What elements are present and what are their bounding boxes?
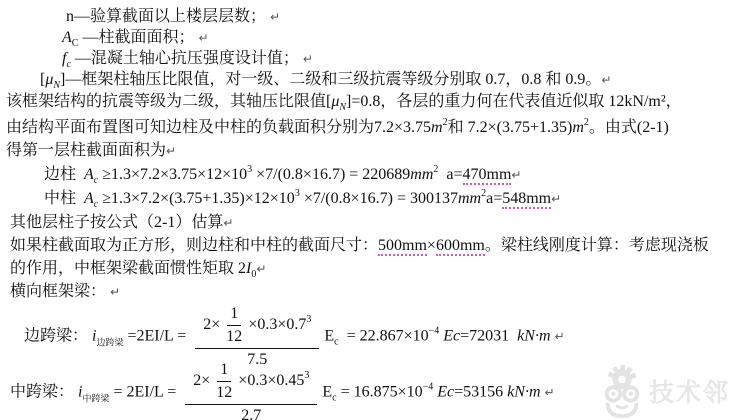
text-run: mm [458,190,481,207]
text-run [76,166,84,183]
text-run: 中柱 [44,190,76,207]
line-n-definition: n—验算截面以上楼层层数； ↵ [66,7,280,27]
fraction-denominator: 12 [223,326,245,347]
paragraph-mark: ↵ [551,192,561,206]
text-run: A [84,190,94,207]
text-run: —框架柱轴压比限值，对一级、二级和三级抗震等级分别取 0.7，0.8 和 0.9… [65,71,601,88]
text-run: 3 [304,370,309,381]
fraction-numerator: 2×112×0.3×0.73 [195,304,319,349]
text-run: 600mm [436,237,485,256]
line-Ac-definition: AC —柱截面面积； ↵ [62,28,209,51]
text-run: 12 [226,328,242,345]
paragraph-mark: ↵ [223,216,233,230]
text-run: Ec [443,328,460,345]
text-run: 7.2×(3.75+1.35) [468,119,573,136]
text-run [509,328,517,345]
text-run: —柱截面面积； [82,29,198,46]
gear-robot-face-icon [600,364,644,418]
paragraph-mark: ↵ [270,10,280,24]
text-run: mm [410,166,433,183]
paragraph-mark: ↵ [110,285,120,299]
text-run: ≥1.3×7.2×(3.75+1.35)×12×10 [98,190,295,207]
text-run: 其他层柱子按公式（2-1）估算 [10,214,223,231]
line-edge-column: 边柱 Ac ≥1.3×7.2×3.75×12×103 ×7/(0.8×16.7)… [44,164,521,188]
text-run: A [62,29,72,46]
text-run: ×7/(0.8×16.7) = 300137 [300,190,458,207]
line-other-floors: 其他层柱子按公式（2-1）估算↵ [10,213,233,233]
text-run: 。由式(2-1) [589,119,669,136]
math-fraction: 112 [223,304,245,347]
text-run: kN·m [507,384,540,401]
text-run: = 2EI/L = [109,384,180,401]
paragraph-mark: ↵ [303,52,313,66]
paragraph-mark: ↵ [511,168,521,182]
text-run: 横向框架梁： [10,283,110,300]
paragraph-mark: ↵ [545,386,555,400]
text-run: 边跨梁： [24,328,88,345]
text-run: 中跨梁： [10,384,74,401]
text-run: 中跨梁 [82,394,109,404]
paragraph-mark: ↵ [166,144,176,158]
text-run: =0.8，各层的重力何在代表值近似取 12kN/m²， [351,93,681,110]
text-run: −4 [429,326,440,337]
paragraph-mark: ↵ [256,262,266,276]
line-middle-span-beam-formula: 中跨梁： i中跨梁 = 2EI/L = 2×112×0.3×0.4532.7Ec… [10,360,555,420]
text-run: 7.2×3.75 [374,119,431,136]
text-run: A [84,166,94,183]
fraction-numerator: 2×112×0.3×0.453 [185,360,317,405]
line-transverse-beam: 横向框架梁： ↵ [10,282,120,302]
text-run: 的作用，中框架梁截面惯性矩取 [10,260,238,277]
line-load-area: 由结构平面布置图可知边柱及中柱的负载面积分别为7.2×3.75m2和 7.2×(… [6,117,669,138]
text-run: ×0.3×0.45 [238,372,304,389]
document-page: n—验算截面以上楼层层数； ↵AC —柱截面面积； ↵fc —混凝土轴心抗压强度… [0,0,736,420]
text-run: Ec [437,384,454,401]
line-first-floor-area: 得第一层柱截面面积为↵ [6,141,176,161]
text-run: × [427,237,436,254]
text-run: E [322,384,332,401]
text-run: 如果柱截面取为正方形，则边柱和中柱的截面尺寸： [10,237,378,254]
text-run: 470mm [463,166,512,185]
text-run: —混凝土轴心抗压强度设计值； [75,50,303,67]
paragraph-mark: ↵ [555,330,565,344]
text-run: 2.7 [241,407,261,420]
text-run: −4 [423,382,434,393]
text-run: a= [446,166,462,183]
text-run: ≥1.3×7.2×3.75×12×10 [98,166,247,183]
text-run: E [324,328,334,345]
paragraph-mark: ↵ [198,31,208,45]
text-run: 1 [220,361,228,378]
text-run: ×0.3×0.7 [248,316,306,333]
text-run [76,190,84,207]
text-run: m [431,119,443,136]
line-middle-column: 中柱 Ac ≥1.3×7.2×(3.75+1.35)×12×103 ×7/(0.… [44,188,561,212]
text-run: —验算截面以上楼层层数； [74,8,270,25]
math-fraction: 112 [213,360,235,403]
watermark: 技术邻 [600,364,730,418]
text-run: 1 [230,305,238,322]
text-run: a= [486,190,502,207]
text-run: 500mm [378,237,427,256]
fraction-denominator: 2.7 [233,405,269,420]
text-run: kN·m [517,328,550,345]
text-run: 12 [216,384,232,401]
fraction-numerator: 1 [227,304,241,326]
text-run: ×7/(0.8×16.7) = 220689 [252,166,410,183]
text-run: 548mm [502,190,551,209]
text-run: m [572,119,584,136]
line-seismic-grade: 该框架结构的抗震等级为二级，其轴压比限值[μN]=0.8，各层的重力何在代表值近… [6,92,682,115]
text-run: 2 [238,260,246,277]
paragraph-mark: ↵ [601,73,611,87]
text-run: 2× [203,316,220,333]
text-run: 边柱 [44,166,76,183]
math-fraction: 2×112×0.3×0.4532.7 [185,360,317,420]
text-run: =72031 [460,328,509,345]
line-muN-definition: [μN]—框架柱轴压比限值，对一级、二级和三级抗震等级分别取 0.7，0.8 和… [40,70,611,93]
line-fc-definition: fc —混凝土轴心抗压强度设计值； ↵ [62,49,313,72]
text-run: = 22.867×10 [339,328,429,345]
text-run: 和 [448,119,468,136]
text-run: =2EI/L = [123,328,190,345]
text-run: 3 [306,314,311,325]
text-run: = 16.875×10 [337,384,423,401]
fraction-numerator: 1 [217,360,231,382]
text-run: 得第一层柱截面面积为 [6,142,166,159]
text-run: 2× [193,372,210,389]
text-run: 该框架结构的抗震等级为二级，其轴压比限值 [6,93,326,110]
line-inertia: 的作用，中框架梁截面惯性矩取 2I0↵ [10,259,266,282]
text-run: n [66,8,74,25]
text-run: 由结构平面布置图可知边柱及中柱的负载面积分别为 [6,119,374,136]
watermark-text: 技术邻 [649,373,730,409]
fraction-denominator: 12 [213,382,235,403]
text-run: 。梁柱线刚度计算：考虑现浇板 [485,237,709,254]
text-run: =53156 [454,384,507,401]
text-run: 边跨梁 [96,338,123,348]
line-square-section: 如果柱截面取为正方形，则边柱和中柱的截面尺寸：500mm×600mm。梁柱线刚度… [10,236,709,256]
